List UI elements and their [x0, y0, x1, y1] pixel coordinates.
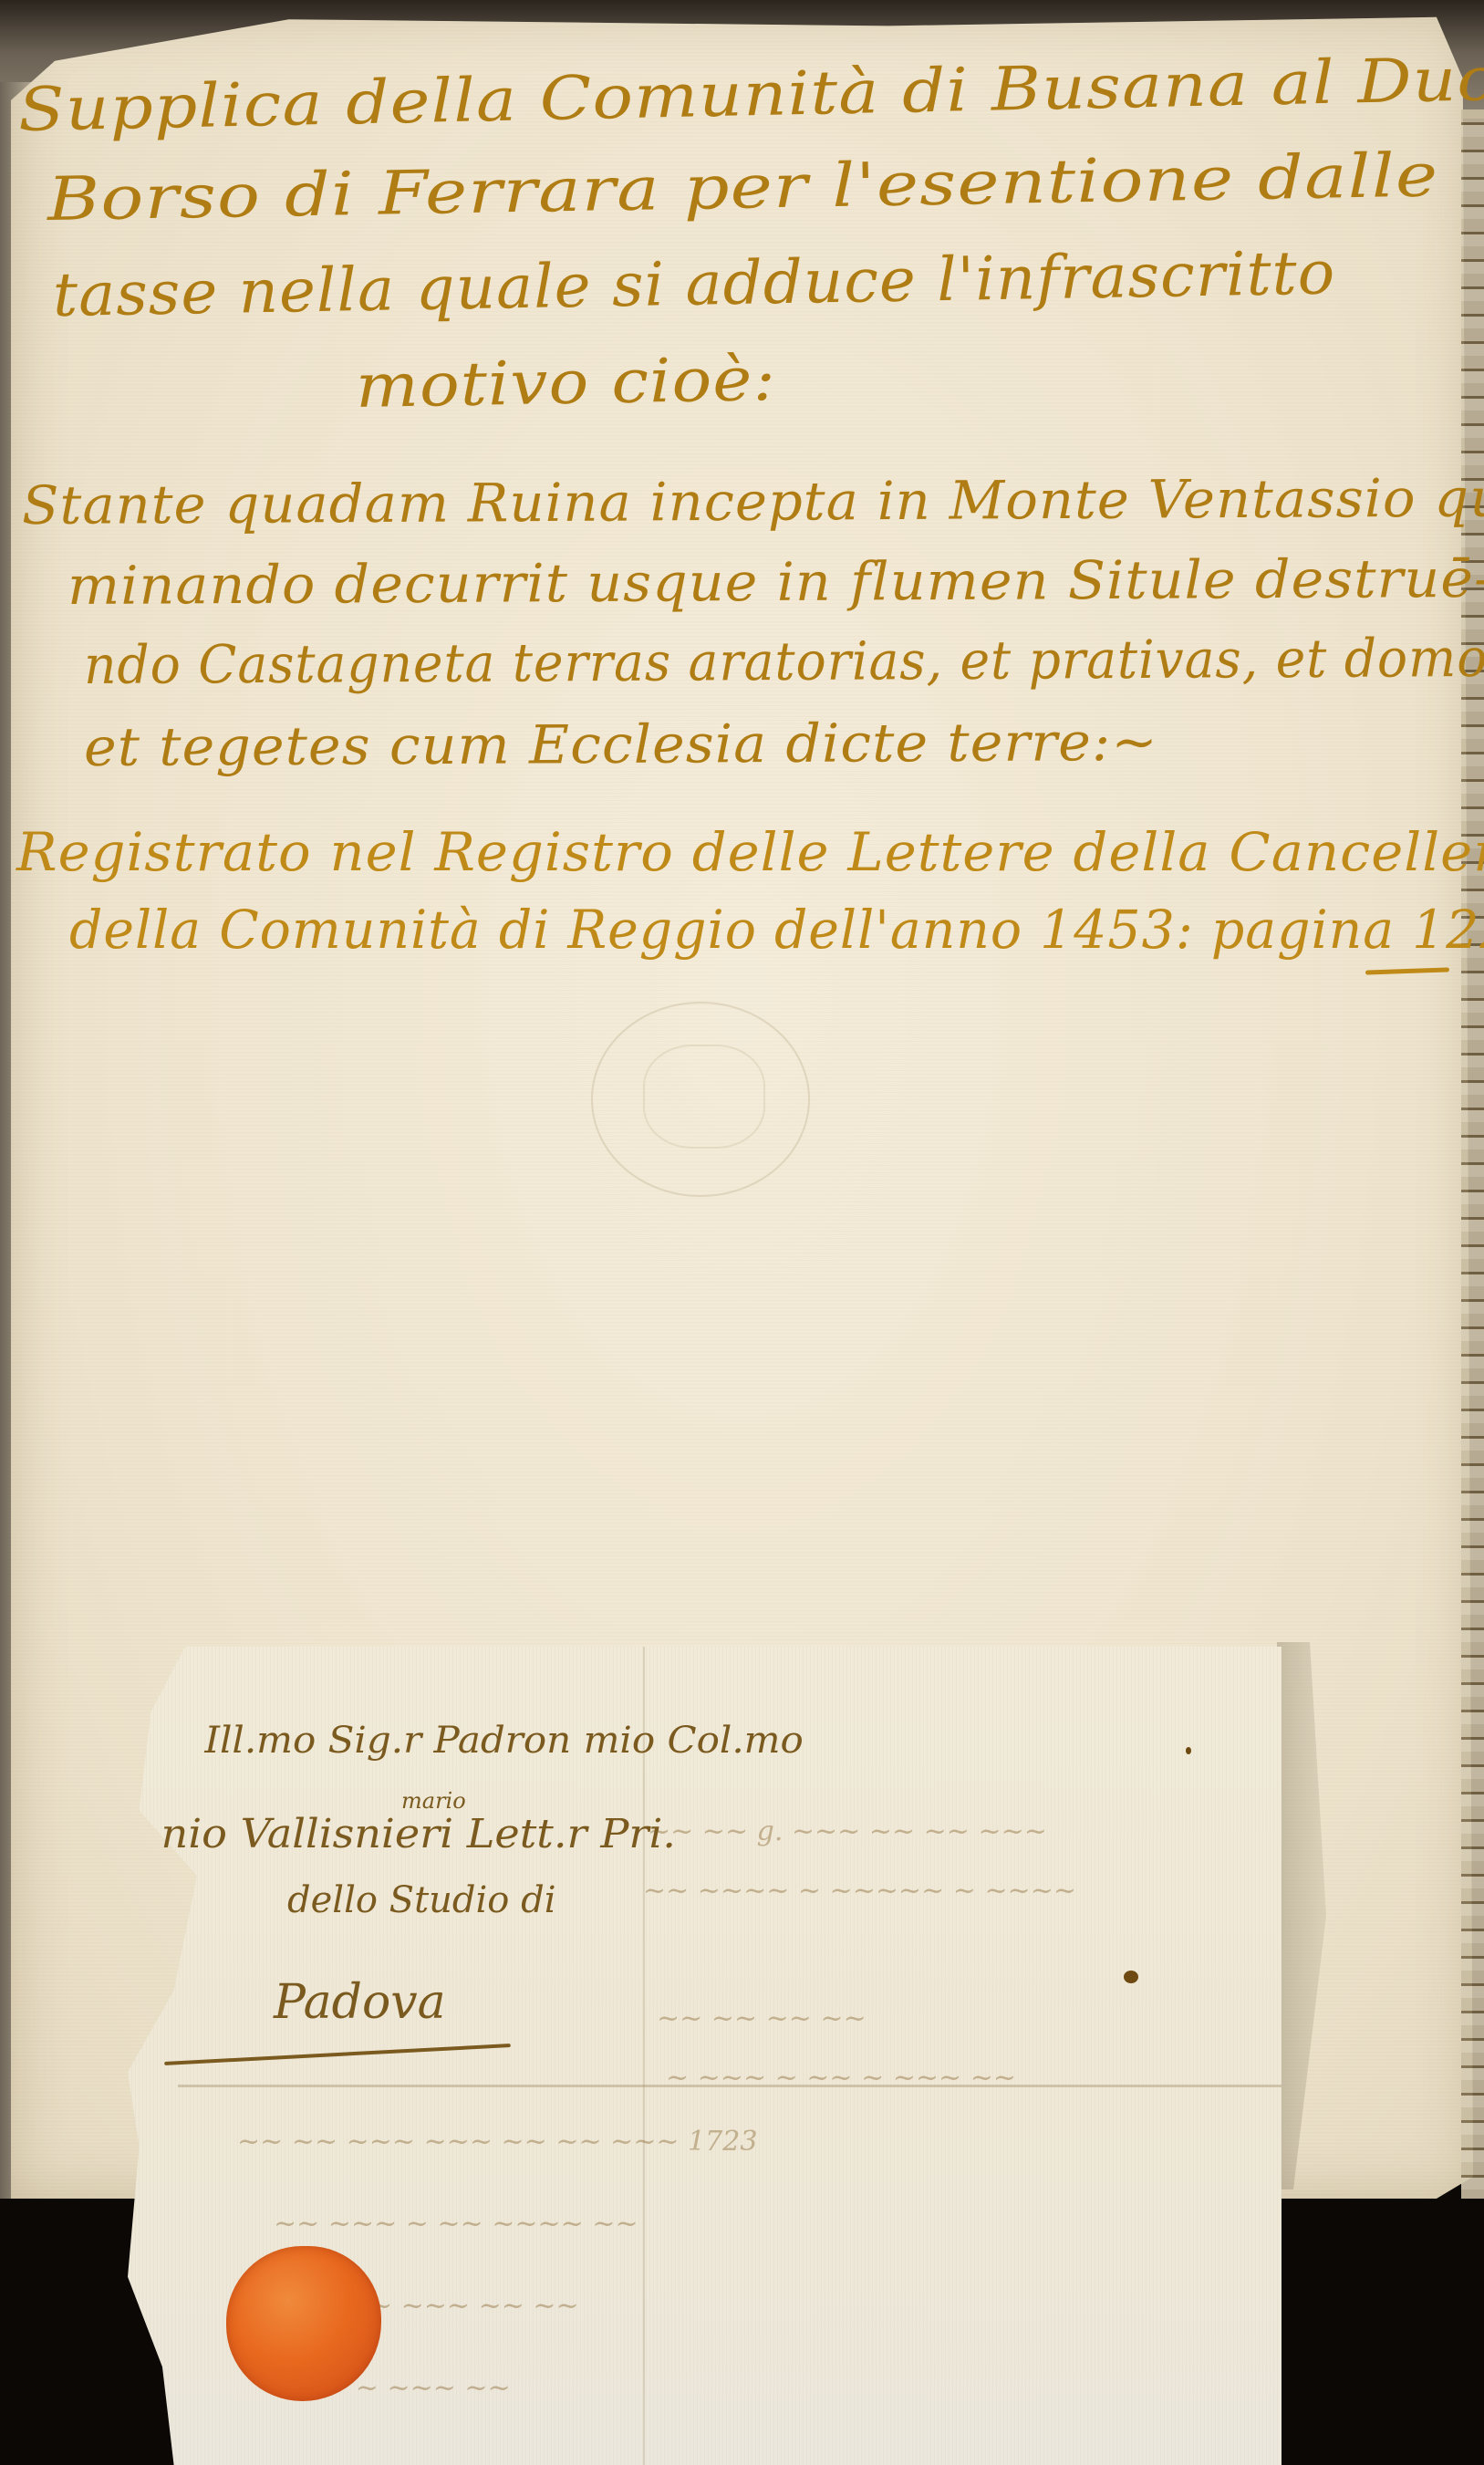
- bleed-through-line-6: ~~ ~~~ ~ ~~ ~~~~ ~~: [274, 2208, 638, 2240]
- bleed-through-line-2: ~~ ~~~~ ~ ~~~~~ ~ ~~~~: [643, 1875, 1076, 1907]
- bleed-through-line-5: ~~ ~~ ~~~ ~~~ ~~ ~~ ~~~ 1723: [237, 2126, 757, 2158]
- address-superscript: mario: [401, 1788, 466, 1814]
- ink-blot: [1186, 1747, 1191, 1754]
- address-line-2: nio Vallisnieri Lett.r Pri.: [161, 1811, 676, 1857]
- address-line-1: Ill.mo Sig.r Padron mio Col.mo: [204, 1720, 803, 1762]
- binding-right-edge: [1461, 109, 1484, 2199]
- letter-fold-vertical: [643, 1647, 645, 2465]
- bleed-through-line-4: ~ ~~~ ~ ~~ ~ ~~~ ~~: [666, 2062, 1016, 2094]
- bleed-through-line-3: ~~ ~~ ~~ ~~: [657, 2002, 867, 2034]
- manuscript-line-5: Stante quadam Ruina incepta in Monte Ven…: [22, 466, 1484, 536]
- manuscript-line-4: motivo cioè:: [355, 344, 776, 421]
- wax-seal: [226, 2246, 381, 2401]
- bleed-through-line-1: ~~ ~~ g. ~~~ ~~ ~~ ~~~: [648, 1815, 1047, 1847]
- address-line-3: dello Studio di: [287, 1879, 556, 1921]
- manuscript-line-8: et tegetes cum Ecclesia dicte terre:~: [84, 711, 1158, 778]
- manuscript-line-9: Registrato nel Registro delle Lettere de…: [16, 821, 1484, 883]
- address-city: Padova: [274, 1975, 446, 2030]
- embossed-stamp-inner: [643, 1045, 765, 1149]
- ink-blot: [1124, 1971, 1138, 1983]
- manuscript-line-7: ndo Castagneta terras aratorias, et prat…: [84, 627, 1484, 696]
- manuscript-line-6: minando decurrit usque in flumen Situle …: [67, 547, 1484, 617]
- manuscript-line-10: della Comunità di Reggio dell'anno 1453:…: [69, 899, 1484, 961]
